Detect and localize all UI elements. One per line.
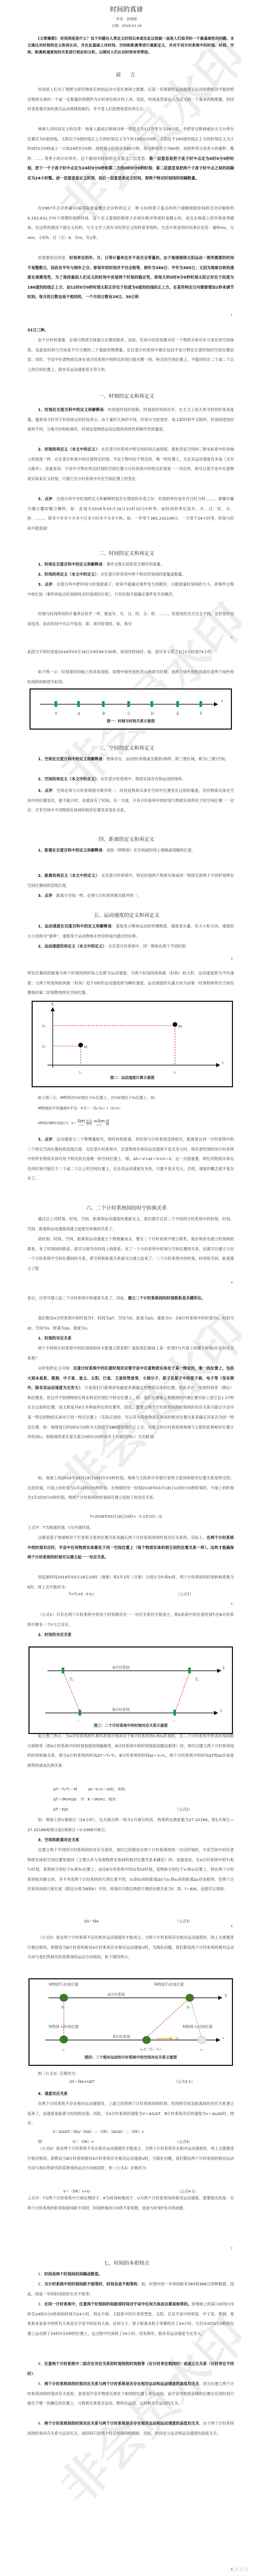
text: 系后，自然可建立起二个计时系统中的速度关系了。因此， — [27, 1296, 128, 1300]
bold-text: 2、时间的对应关系 — [38, 1632, 72, 1637]
paragraph: 将起始时间2018年03月18日10时（地球）和1年1时（月球）分别计为T₀和t… — [27, 1573, 234, 1592]
heading-section-4: 四、距离的定义和再定义 — [0, 835, 253, 842]
heading-section-2: 二、时间的定义和再定义 — [0, 549, 253, 557]
paragraph: 2、当计时系统中的时刻间距不相等时，时间也是不相等的。如，时刻中的一年的间距有3… — [27, 2280, 234, 2299]
document-title: 时间的真谛 — [0, 4, 253, 14]
limit: lim t₂→t₁ — [77, 1119, 85, 1126]
text: 。只是我们只能利用电磁波来测量这些物质实体的位置，因此存在一定的时间差（滞后）和… — [27, 1385, 234, 1439]
bold-text: 3、点评 — [38, 496, 53, 501]
heading-section-3: 三、空间的定义和再定义 — [0, 744, 253, 751]
bold-text: 1、距离在百度百科中的定义和解释是 — [38, 848, 103, 853]
heading-section-7: 七、时间的本质特点 — [0, 2259, 253, 2266]
denominator: Δt — [106, 1123, 109, 1126]
text: 如，地球上的2018年03月18日10时0分0秒时刻，地球与太阳系中其他行星和卫… — [27, 1476, 234, 1500]
text: （公式3）是在两个计时系统不存在相对运动速度时才能成立。当两个计时系统存在相对运… — [27, 1935, 234, 1959]
author: 作者：彭晓韬 — [0, 16, 253, 21]
text: 如上图三所示：当A计时系统的T₁和T₂时刻分别对应于B计时系统的t₁和t₂时刻时… — [27, 1734, 234, 1768]
paragraph: 1、时间是两个时刻间的间隔或数值。 — [27, 2269, 234, 2280]
text: ：在任意计时系统中两个特定时刻间的度量或数量。 — [97, 572, 186, 577]
text: ：在任意计时系统中特定的时间点或刻度。就如表征空间的三维坐标系中的各轴上的刻度一… — [27, 447, 234, 481]
svg-text:t₂: t₂ — [173, 1720, 176, 1721]
svg-text:s₁: s₁ — [62, 2048, 65, 2052]
paragraph: 此段文字的时刻是2018年03月18日10时48分30秒。而用作时间时，如，我写… — [27, 647, 234, 657]
text: 5、 — [38, 2381, 44, 2386]
bold-text: 1、时刻在百度百科中的定义和解释是 — [38, 407, 104, 412]
tick-label: A — [77, 712, 81, 716]
svg-text:s: s — [222, 2037, 224, 2040]
time-tick — [177, 701, 179, 707]
paragraph: 3、点评：空间必须与计时系统相关联并统一。时间是物质实体在空间中位置变化过程的量… — [27, 786, 234, 816]
footer-logo: 头条问答 — [230, 2566, 249, 2573]
text: ：距离与空间一样，必须与计时系统相关联并统一。 — [52, 893, 141, 898]
bold-text: 1、时刻的对应关系 — [38, 1336, 72, 1340]
bold-text: 2、时间的再定义（本文中的定义） — [38, 572, 97, 577]
paragraph: 在建立两个不同的计时系统间的对应关系时，我们已经假设在两个计时系统的同一对应时刻… — [27, 1845, 234, 1894]
paragraph: 2、空间的再定义（本文中的定义）：在任意计时系统中，物质实体存在和运动的场所。 — [27, 774, 234, 784]
paragraph: 如：地球上的1地球日（24小时）、以月球自转一周为1月球日的话，两者的比例系数为… — [27, 1815, 234, 1835]
tick-label: B — [102, 712, 105, 716]
paragraph: 3、点评：距离与空间一样，必须与计时系统相关联并统一。 — [27, 891, 234, 901]
bold-text: 1、时间在百度百科中的定义和解释是 — [38, 562, 103, 567]
svg-text:t: t — [222, 1061, 223, 1065]
text: 所处位置间的距离与两个时刻间的时间之比即为运动速度。当两个时刻间的间距（时间）较… — [27, 971, 234, 995]
paragraph: 上式中：f为两个计时系统中尺规比例因子、K为时间转换因子、U为两个计时系统间的相… — [27, 2194, 234, 2213]
bold-text: 2、运动速度的再定义（本文中的定义） — [38, 944, 104, 949]
text: 上式中：f为两个计时系统中尺规比例因子、K为时间转换因子、U为两个计时系统间的相… — [27, 2196, 234, 2210]
paragraph: 2、时刻的再定义（本文中的定义）：在任意计时系统中特定的时间点或刻度。就如表征空… — [27, 445, 234, 484]
bold-text: 两个计时系统间的时间对应关系与两个计时系统是否存在相对运动和运动速度的高低均无关 — [44, 2421, 199, 2426]
limit: =lim Δt→0 — [93, 1119, 104, 1126]
figure-4-caption: 图四：二个相对运动的计时系统中的空间对应关系示意图 — [30, 2055, 232, 2060]
svg-text:T: T — [222, 1667, 225, 1671]
text: 但需要指出的是： — [38, 255, 70, 260]
svg-text:A计时系统: A计时系统 — [112, 1665, 130, 1670]
paragraph: 1、时间在百度百科中的定义和解释是：事件过程长短和发生顺序的度量。 — [27, 560, 234, 570]
lim: =lim — [93, 1119, 104, 1124]
paragraph: 但需要指出的是：时间单位的年、月、日等计量单位并不是完全等量的。由于地球围绕太阳… — [27, 253, 234, 302]
tick-label: D — [151, 712, 154, 716]
time-tick — [151, 701, 153, 707]
paragraph: 从时刻的定义可知：任意计时系统中的任意时刻对应着宇宙中任意物质实体处于某一特定的… — [27, 1364, 234, 1442]
svg-text:s₂: s₂ — [200, 2048, 203, 2052]
paragraph: 上式中：T为地球时刻，t为月球时刻。 — [27, 1523, 234, 1533]
bold-text: 建立二个计时系统间的时刻联系是关键所在。 — [128, 1296, 206, 1300]
paragraph: 1、距离在百度百科中的定义和解释是：是指（两物体）在空间或时间上相隔或间隔的长度… — [27, 846, 234, 856]
svg-text:M物体 t₂时刻位置: M物体 t₂时刻位置 — [182, 2024, 212, 2029]
svg-text:T₂: T₂ — [195, 1678, 199, 1682]
paragraph: 时刻与时间所用的计量单位似乎一样，都是年、月、日、时、分、秒、.......。但… — [27, 609, 234, 629]
fraction: ΔS Δt — [106, 1119, 110, 1126]
tick-label: C — [128, 712, 130, 716]
paragraph: 这都是基于地球相对于行星和卫星的位置关系来确认两个计时系统间的时刻对应关系的。实… — [27, 1533, 234, 1563]
bold-text: 时间是两个时刻间的间隔或数值。 — [44, 2272, 102, 2276]
numerator: ΔS — [106, 1119, 110, 1123]
paragraph: 我们假设A计时系统中的时刻为T、时间为ΔT、空间为S、距离为ΔS、速度为V；在B… — [27, 1314, 234, 1333]
svg-text:M物体T₂时刻位置: M物体T₂时刻位置 — [154, 1982, 184, 1987]
text: 将起始时间2018年03月18日10时（地球）和1年1时（月球）分别计为T₀和t… — [27, 1575, 234, 1589]
paragraph: 6、两个计时系统间的时间对应关系与两个计时系统是否存在相对运动和运动速度的高低均… — [27, 2419, 234, 2438]
svg-text:M物体 t₁时刻位置: M物体 t₁时刻位置 — [48, 2024, 79, 2029]
lim-sub: Δt→0 — [97, 1124, 102, 1126]
svg-text:U: U — [176, 2037, 179, 2041]
text: 通过以上对时刻、时间、空间、距离和运动速度的重新定义，我们就可以对二个不同的计时… — [27, 1217, 234, 1231]
paragraph: 则（公式3）应修改为： — [27, 2069, 234, 2079]
bold-text: 两个计时系统间的时刻对应关系与两个计时系统是否存在相对运动和运动速度的高低均无关 — [44, 2381, 199, 2386]
tick-label: 0 — [55, 712, 57, 716]
paragraph: 1、运动速度在百度百科中的定义和解释是：速度表示物体运动的快慢程度。速度是矢量，… — [27, 922, 234, 941]
paragraph: 2、运动速度的再定义（本文中的定义）：在任意计时系统中，同一物体在两个不同时刻 — [27, 942, 234, 952]
text: 我们假设A计时系统中的时刻为T、时间为ΔT、空间为S、距离为ΔS、速度为V；在B… — [27, 1316, 234, 1330]
text: ：百度百科中把时间与时刻混淆了。时间不能确定事件发生的顺序，只能度量时刻间的大小… — [27, 582, 234, 597]
text: 4、 — [38, 2361, 44, 2366]
text: （公式1）只有在两个计时系统中的各个时刻都存在一一对应关系时才能成立。即A系统中… — [27, 1612, 234, 1627]
paragraph: 3、点评：运动速度与二个物理量相关，即时间和距离，但时间与计时系统直接相关，距离… — [27, 1135, 234, 1184]
bold-text: 1、运动速度在百度百科中的定义和解释是 — [38, 924, 112, 928]
time-tick — [102, 701, 105, 707]
figure-3: A计时系统 B计时系统 T t T₁ T₂ t₁ t₂ 图三：二个计时系统中的时… — [28, 1646, 233, 1734]
formula-3-1: ΔS＝fΔs+UΔT — [70, 2079, 94, 2084]
paragraph: 所处位置间的距离与两个时刻间的时间之比即为运动速度。当两个时刻间的间距（时间）较… — [27, 969, 234, 998]
paragraph: 系后，自然可建立起二个计时系统中的速度关系了。因此，建立二个计时系统间的时刻联系… — [27, 1294, 234, 1304]
bold-text: 3、点评 — [38, 893, 52, 898]
page-number: 1 — [231, 314, 232, 317]
text: ：在任意计时系统中，物质实体存在和运动的场所。 — [97, 777, 186, 781]
svg-text:S₁: S₁ — [61, 2005, 65, 2009]
tick-label: E — [177, 712, 179, 716]
text: ：百度百科中对时刻的定义和解释明显存在错误和矛盾之处：时刻的单位是年月日时分秒.… — [27, 496, 234, 531]
text: 如：地球上的1地球日（24小时）、以月球自转一周为1月球日的话，两者的比例系数为… — [27, 1817, 234, 1832]
paragraph: 3、点评：百度百科中对时刻的定义和解释明显存在错误和矛盾之处：时刻的单位是年月日… — [27, 494, 234, 533]
paragraph: 5、两个计时系统间的时刻对应关系与两个计时系统是否存在相对运动和运动速度的高低均… — [27, 2379, 234, 2409]
svg-text:s₂-U（T₂－T₁）: s₂-U（T₂－T₁） — [140, 2048, 163, 2052]
formula-4-1-label: （公式4-1） — [177, 2189, 198, 2194]
bold-text: 2、时刻的再定义（本文中的定义） — [38, 447, 98, 452]
paragraph: 3、在同一计时系统中，任意两个时刻间的间距即时间对宇宙中任何天体而言都是相等的。… — [27, 2300, 234, 2339]
paragraph: 通过以上对时刻、时间、空间、距离和运动速度的重新定义，我们就可以对二个不同的计时… — [27, 1214, 234, 1234]
formula-1-label: （公式1） — [176, 1592, 193, 1597]
paragraph: （公式1）只有在两个计时系统中的各个时刻都存在一一对应关系时才能成立。即A系统中… — [27, 1610, 234, 1630]
text: 时间是人们为了观察与研究物质实体的运动与变化规律之需要，以某一有周期性运动规律且… — [27, 87, 234, 111]
heading-section-6: 六、二个计时系统间的时空转换关系 — [0, 1204, 253, 1211]
time-tick — [128, 701, 130, 707]
paragraph: 4、速度对应关系 — [27, 2089, 234, 2099]
formula-prefix: M物体的瞬时速度V为：V＝ — [38, 1121, 76, 1125]
numerator: S₂-S₁ — [86, 1119, 92, 1123]
formula-2-label: （公式2） — [175, 1807, 192, 1812]
paragraph: （公式4）是在两个计时系统不存在相对运动速度时才能成立。当两个计时系统存在相对运… — [27, 2144, 234, 2173]
text: 在建立两个不同的计时系统间的对应关系时，我们已经假设在两个计时系统的同一对应时刻… — [27, 1847, 234, 1891]
average-velocity-formula: M物体的平均速度V平为：V平＝（S₂-S₁）/（t₂-t₁） — [38, 1106, 123, 1111]
paragraph: 两个不同的计时系统中的时刻间如何才能建立联系呢？就如我们地球上某一时刻T与月球上… — [27, 1344, 234, 1363]
bold-text: 2、距离的再定义（本文中的定义） — [38, 873, 98, 878]
text: 在两个计时系统不存在相对运动速度时，上面已经把两个计时系统间的时刻、时间和空间及… — [27, 2101, 234, 2125]
bold-text: 4、速度对应关系 — [38, 2091, 68, 2096]
bold-text: 3、空间和距离对应关系 — [38, 1837, 80, 1842]
paragraph: 2、距离的再定义（本文中的定义）：在任意计时系统中，特定时刻两个物质实体或同一物… — [27, 871, 234, 890]
svg-text:T₁: T₁ — [70, 1678, 74, 1682]
lim-sub: t₂→t₁ — [79, 1124, 83, 1126]
svg-text:A计时系统: A计时系统 — [107, 1992, 125, 1997]
text: 从时刻的定义可知： — [38, 1366, 73, 1371]
formula-4-label: （公式4） — [175, 2139, 192, 2144]
text: 1、 — [38, 2272, 44, 2276]
time-tick — [200, 701, 202, 707]
text: ：是指（两物体）在空间或时间上相隔或间隔的长度。 — [103, 848, 196, 853]
fraction: S₂-S₁ t₂-t₁ — [86, 1119, 92, 1126]
paragraph: 如，地球上的2018年03月18日10时0分0秒时刻，地球与太阳系中其他行星和卫… — [27, 1473, 234, 1503]
formula-1: T=T₀+K（t-t₀） — [69, 1592, 96, 1597]
svg-text:M物体T₁时刻位置: M物体T₁时刻位置 — [48, 1982, 79, 1987]
bold-text: 在同一计时系统中，任意两个时刻间的间距即时间对宇宙中任何天体而言都是相等的。 — [44, 2302, 191, 2306]
paragraph: 如下图一示：时刻是时间轴上的具体刻度，如图中绿色短柱表示的即为时刻。而两个绿色短… — [27, 667, 234, 687]
figure-2: S t M M S₂ S₁ t₁ t₂ 图二：运动速度计算示意图 — [32, 1001, 233, 1087]
svg-text:S₁: S₁ — [42, 1045, 46, 1049]
text: 此段文字的时刻是2018年03月18日10时48分30秒。而用作时间时，如，我写… — [27, 649, 216, 654]
paragraph: 4、任意两个计时系统中二组存在对应关系的时刻间的时间相等（在计时单位相同时）或成… — [27, 2359, 234, 2379]
denominator: t₂-t₁ — [86, 1123, 92, 1126]
bold-text: 31日三种。 — [27, 328, 48, 332]
paragraph: 2、时间的对应关系 — [27, 1630, 234, 1640]
page-number: 5 — [231, 1603, 232, 1606]
figure-4: U A计时系统 B计时系统 S s M物体T₁时刻位置 M物体T₂时刻位置 M物… — [28, 1978, 233, 2066]
svg-text:S: S — [51, 1002, 54, 1007]
text: （公式4）是在两个计时系统不存在相对运动速度时才能成立。当两个计时系统存在相对运… — [27, 2146, 234, 2170]
formula-3-1-label: （公式3-1） — [174, 2079, 194, 2084]
paragraph: 1、时刻在百度百科中的定义和解释是：时刻是时间的别称。时刻是时间的迟早。在天文上… — [27, 405, 234, 435]
time-correspondence-diagram: A计时系统 B计时系统 T t T₁ T₂ t₁ t₂ — [30, 1648, 232, 1721]
formula-4a: V＝ΔS/ΔT＝fΔs/（KΔt）＝（f/K）（Δs/Δt）＝（f/K）v — [53, 2129, 144, 2134]
paragraph: 时间是人们为了观察与研究物质实体的运动与变化规律之需要，以某一有周期性运动规律且… — [27, 85, 234, 114]
paragraph: 31日三种。 — [27, 325, 234, 336]
abstract: [文章摘要]：时间到底是什么？这个问题自人类定义时间以来或在此以前就一直是人们追… — [27, 35, 234, 56]
figure-1-caption: 图一：时刻与时间关系示意图 — [31, 719, 231, 724]
page-number: 3 — [231, 957, 232, 961]
text: ：物体存在、运动的(有限或无限的)场所，即三维区域，称为(三维)空间。 — [103, 756, 229, 761]
paragraph: 在两个计时系统不存在相对运动速度时，上面已经把两个计时系统间的时刻、时间和空间及… — [27, 2099, 234, 2129]
text: 这都是基于地球相对于行星和卫星的位置关系来确认两个计时系统间的时刻对应关系的。实… — [38, 1535, 207, 1540]
page-number: 6 — [231, 1925, 232, 1928]
velocity-line-1: 如上图二示，M物体在t₁时刻位于S₁位置上、在t₂时刻位于S₂位置上，则： — [38, 1095, 158, 1100]
formula-4: V＝（f/K）v — [73, 2139, 93, 2144]
text: ：运动速度与二个物理量相关，即时间和距离，但时间与计时系统直接相关，距离是在同一… — [27, 1137, 234, 1181]
tick-label: F — [200, 712, 202, 716]
paragraph: 如上图三所示：当A计时系统的T₁和T₂时刻分别对应于B计时系统的t₁和t₂时刻时… — [27, 1731, 234, 1770]
paragraph: 1、空间在百度百科中的定义和解释是：物体存在、运动的(有限或无限的)场所，即三维… — [27, 754, 234, 764]
paragraph: 1、时刻的对应关系 — [27, 1334, 234, 1344]
paragraph: 就时刻、时间、空间、距离和运动速度五个物理量而言，要在二个计时系统中建立联系，就… — [27, 1234, 234, 1273]
time-tick — [77, 701, 80, 707]
date: 日期：2018.03.19 — [0, 23, 253, 28]
bold-text: 1、空间在百度百科中的定义和解释是 — [38, 756, 103, 761]
paragraph: 地球人对时间定义的沿革：地球人最初以地球自转一周定义为1日并等分为24小时，并把… — [27, 125, 234, 184]
text: ：空间必须与计时系统相关联并统一。时间是物质实体在空间中位置变化过程的量度。没有… — [27, 788, 234, 812]
figure-3-caption: 图三：二个计时系统中的时刻对应关系示意图 — [30, 1723, 232, 1728]
bold-text: 当计时系统中的时刻间距不相等时，时间也是不相等的 — [44, 2282, 138, 2286]
bold-text: 3、点评 — [38, 1137, 53, 1142]
heading-preface: 前 言 — [0, 71, 253, 78]
heading-section-1: 一、时刻的定义和再定义 — [0, 392, 253, 399]
svg-text:B计时系统: B计时系统 — [112, 1707, 130, 1712]
paragraph: 3、空间和距离对应关系 — [27, 1835, 234, 1845]
page-number: 2 — [231, 636, 232, 639]
svg-text:S₂: S₂ — [42, 1024, 46, 1028]
bold-text: 3、点评 — [38, 582, 53, 587]
bold-text: 任意两个计时系统中二组存在对应关系的时刻间的时间相等（在计时单位相同时）或成正比… — [27, 2361, 234, 2376]
lim: lim — [77, 1119, 85, 1124]
formula-4-1: V＝（f/K）v+U — [63, 2189, 90, 2194]
formula-4-prefix: 即： — [38, 2139, 45, 2144]
page-number: 7 — [231, 2247, 232, 2251]
time-tick — [55, 701, 57, 707]
text: 6、 — [38, 2421, 44, 2426]
paragraph: （公式3）是在两个计时系统不存在相对运动速度时才能成立。当两个计时系统存在相对运… — [27, 1933, 234, 1962]
svg-text:S₂: S₂ — [187, 2005, 190, 2009]
text: 2、 — [38, 2282, 44, 2286]
text: 如下图一示：时刻是时间轴上的具体刻度，如图中绿色短柱表示的即为时刻。而两个绿色短… — [27, 669, 234, 684]
text: 两个不同的计时系统中的时刻间如何才能建立联系呢？就如我们地球上某一时刻T与月球上… — [27, 1346, 234, 1361]
timeline-diagram: 0ABCDEF t — [31, 693, 231, 722]
text: 在1967年召开的第13届国际度量衡大会对秒的定义：铯-133的原子基态的两个超… — [27, 206, 234, 240]
figure-2-caption: 图二：运动速度计算示意图 — [33, 1075, 232, 1080]
svg-text:M: M — [178, 1024, 182, 1029]
text: 由于计时的需要，必须与物质实体建立必要的联系。因此，任何计时系统都对应一个物质实… — [27, 338, 234, 372]
text: 时刻与时间所用的计量单位似乎一样，都是年、月、日、时、分、秒、.......。但… — [27, 611, 234, 626]
heading-section-5: 五、运动速度的定义和再定义 — [0, 911, 253, 918]
bold-text: 3、点评 — [38, 788, 53, 793]
text: 即地球上的某日0时0分0秒至24时0分0秒间的时间为24小时，则在月球、太阳系中… — [27, 2302, 234, 2336]
formula-3-label: （公式3） — [175, 1919, 192, 1924]
space-correspondence-diagram: U A计时系统 B计时系统 S s M物体T₁时刻位置 M物体T₂时刻位置 M物… — [30, 1979, 232, 2053]
text: ：事件过程长短和发生顺序的度量。 — [103, 562, 164, 567]
moon-time-formula: T=2018年03月18日10时+（t-1年1时）/2 — [90, 1514, 162, 1519]
text: 上式中：T为地球时刻，t为月球时刻。 — [27, 1525, 93, 1530]
svg-text:t: t — [221, 699, 223, 703]
velocity-diagram: S t M M S₂ S₁ t₁ t₂ — [33, 1002, 232, 1076]
formula-2: ΔT＝KΔt — [53, 1807, 68, 1812]
paragraph: 3、点评：百度百科中把时间与时刻混淆了。时间不能确定事件发生的顺序，只能度量时刻… — [27, 580, 234, 599]
formula-2b: ΔT＝(M/m)Δt 令：K＝(M/m)，则有： — [53, 1797, 120, 1802]
svg-text:t₂: t₂ — [173, 1070, 177, 1075]
instant-velocity-formula: M物体的瞬时速度V为：V＝ lim t₂→t₁ S₂-S₁ t₂-t₁ =lim… — [38, 1119, 109, 1126]
bold-text: 时间单位的年、月、日等计量单位并不是完全等量的。由于地球围绕太阳运动一周所需要的… — [27, 255, 234, 299]
figure-1: 0ABCDEF t 图一：时刻与时间关系示意图 — [30, 688, 232, 730]
formula-3: ΔS＝fΔs — [84, 1919, 99, 1924]
svg-text:t₁: t₁ — [79, 1070, 82, 1075]
text: ：在任意计时系统中，同一物体在两个不同时刻 — [104, 944, 186, 949]
text: 3、 — [38, 2302, 44, 2306]
svg-text:B计时系统: B计时系统 — [113, 2034, 130, 2039]
text: 。 — [33, 2371, 37, 2376]
text: 则（公式3）应修改为： — [38, 2071, 79, 2076]
text: 就时刻、时间、空间、距离和运动速度五个物理量而言，要在二个计时系统中建立联系，就… — [27, 1237, 234, 1271]
svg-text:M: M — [84, 1045, 87, 1049]
svg-text:S: S — [225, 1994, 227, 1998]
paragraph: 在1967年召开的第13届国际度量衡大会对秒的定义：铯-133的原子基态的两个超… — [27, 204, 234, 243]
page-number: 4 — [231, 1281, 232, 1285]
bold-text: 2、空间的再定义（本文中的定义） — [38, 777, 97, 781]
formula-2a: ΔT＝T₂-T₁＝M Δt＝t₂-t₁＝m时，则有： — [53, 1787, 129, 1792]
svg-text:t₁: t₁ — [78, 1720, 81, 1721]
svg-text:t: t — [220, 1709, 222, 1713]
paragraph: 由于计时的需要，必须与物质实体建立必要的联系。因此，任何计时系统都对应一个物质实… — [27, 336, 234, 375]
paragraph: 2、时间的再定义（本文中的定义）：在任意计时系统中两个特定时刻间的度量或数量。 — [27, 570, 234, 580]
